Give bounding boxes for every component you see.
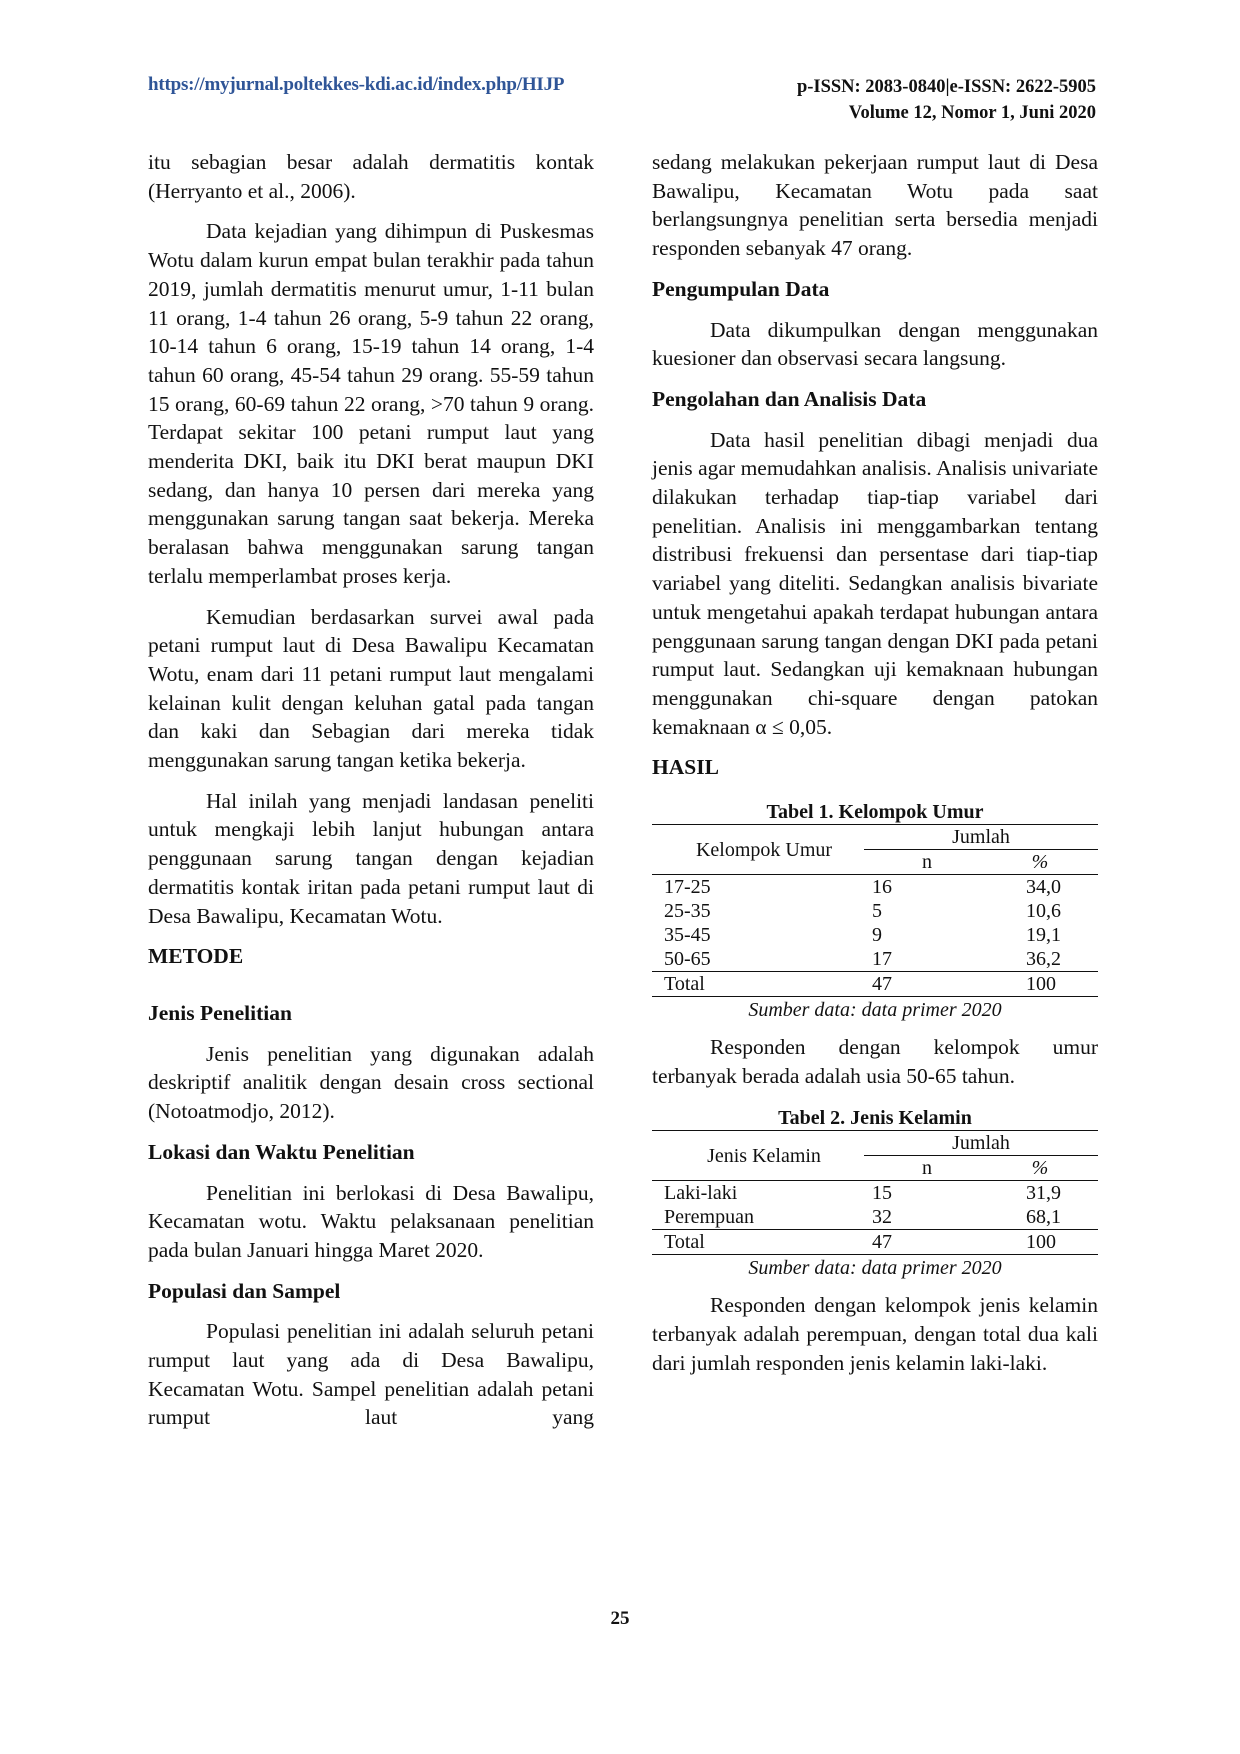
section-heading-hasil: HASIL (652, 753, 1098, 782)
column-header: Jenis Kelamin (652, 1131, 864, 1181)
table-row: 17-25 16 34,0 (652, 875, 1098, 900)
cell-label: Perempuan (652, 1205, 864, 1230)
cell-label: 35-45 (652, 923, 864, 947)
data-table: Jenis Kelamin Jumlah n % Laki-laki 15 31… (652, 1130, 1098, 1255)
cell-n: 5 (864, 899, 982, 923)
table-row: 50-65 17 36,2 (652, 947, 1098, 972)
table-title: Tabel 2. Jenis Kelamin (652, 1106, 1098, 1130)
right-column: sedang melakukan pekerjaan rumput laut d… (652, 148, 1098, 1390)
cell-pct: 36,2 (982, 947, 1098, 972)
subheading-pengumpulan-data: Pengumpulan Data (652, 275, 1098, 304)
table-row: Laki-laki 15 31,9 (652, 1181, 1098, 1206)
cell-n: 32 (864, 1205, 982, 1230)
cell-pct: 34,0 (982, 875, 1098, 900)
cell-pct: 10,6 (982, 899, 1098, 923)
page-number: 25 (0, 1608, 1240, 1630)
table-total-row: Total 47 100 (652, 1230, 1098, 1255)
column-header: n (864, 1156, 982, 1181)
cell-n: 15 (864, 1181, 982, 1206)
cell-pct: 100 (982, 972, 1098, 997)
table-source-note: Sumber data: data primer 2020 (652, 1255, 1098, 1281)
paragraph: Kemudian berdasarkan survei awal pada pe… (148, 603, 594, 775)
paragraph: Penelitian ini berlokasi di Desa Bawalip… (148, 1179, 594, 1265)
table-total-row: Total 47 100 (652, 972, 1098, 997)
table-title: Tabel 1. Kelompok Umur (652, 800, 1098, 824)
table-row: Perempuan 32 68,1 (652, 1205, 1098, 1230)
subheading-jenis-penelitian: Jenis Penelitian (148, 999, 594, 1028)
data-table: Kelompok Umur Jumlah n % 17-25 16 34,0 2… (652, 824, 1098, 997)
paragraph: Data hasil penelitian dibagi menjadi dua… (652, 426, 1098, 742)
volume-text: Volume 12, Nomor 1, Juni 2020 (797, 100, 1096, 126)
left-column: itu sebagian besar adalah dermatitis kon… (148, 148, 594, 1444)
cell-label: 25-35 (652, 899, 864, 923)
table-1-kelompok-umur: Tabel 1. Kelompok Umur Kelompok Umur Jum… (652, 800, 1098, 1023)
subheading-populasi-sampel: Populasi dan Sampel (148, 1277, 594, 1306)
paragraph: sedang melakukan pekerjaan rumput laut d… (652, 148, 1098, 263)
section-heading-metode: METODE (148, 942, 594, 971)
cell-n: 9 (864, 923, 982, 947)
cell-label: 50-65 (652, 947, 864, 972)
cell-pct: 100 (982, 1230, 1098, 1255)
cell-pct: 68,1 (982, 1205, 1098, 1230)
table-2-jenis-kelamin: Tabel 2. Jenis Kelamin Jenis Kelamin Jum… (652, 1106, 1098, 1281)
column-header: Kelompok Umur (652, 825, 864, 875)
column-header: % (982, 1156, 1098, 1181)
cell-label: Total (652, 1230, 864, 1255)
subheading-pengolahan-analisis: Pengolahan dan Analisis Data (652, 385, 1098, 414)
paragraph: itu sebagian besar adalah dermatitis kon… (148, 148, 594, 205)
subheading-lokasi-waktu: Lokasi dan Waktu Penelitian (148, 1138, 594, 1167)
cell-n: 17 (864, 947, 982, 972)
paragraph: Hal inilah yang menjadi landasan penelit… (148, 787, 594, 931)
cell-pct: 31,9 (982, 1181, 1098, 1206)
paragraph: Populasi penelitian ini adalah seluruh p… (148, 1317, 594, 1432)
cell-label: Laki-laki (652, 1181, 864, 1206)
paragraph: Data kejadian yang dihimpun di Puskesmas… (148, 217, 594, 590)
column-group-header: Jumlah (864, 825, 1098, 850)
paragraph: Responden dengan kelompok umur terbanyak… (652, 1033, 1098, 1090)
table-source-note: Sumber data: data primer 2020 (652, 997, 1098, 1023)
paragraph: Jenis penelitian yang digunakan adalah d… (148, 1040, 594, 1126)
column-group-header: Jumlah (864, 1131, 1098, 1156)
paragraph: Data dikumpulkan dengan menggunakan kues… (652, 316, 1098, 373)
table-row: 25-35 5 10,6 (652, 899, 1098, 923)
column-header: % (982, 850, 1098, 875)
issn-volume-info: p-ISSN: 2083-0840|e-ISSN: 2622-5905 Volu… (797, 74, 1096, 126)
paragraph: Responden dengan kelompok jenis kelamin … (652, 1291, 1098, 1377)
column-header: n (864, 850, 982, 875)
cell-n: 47 (864, 1230, 982, 1255)
cell-pct: 19,1 (982, 923, 1098, 947)
table-row: 35-45 9 19,1 (652, 923, 1098, 947)
cell-label: Total (652, 972, 864, 997)
journal-url-link[interactable]: https://myjurnal.poltekkes-kdi.ac.id/ind… (148, 74, 564, 96)
issn-text: p-ISSN: 2083-0840|e-ISSN: 2622-5905 (797, 74, 1096, 100)
cell-n: 16 (864, 875, 982, 900)
cell-label: 17-25 (652, 875, 864, 900)
cell-n: 47 (864, 972, 982, 997)
